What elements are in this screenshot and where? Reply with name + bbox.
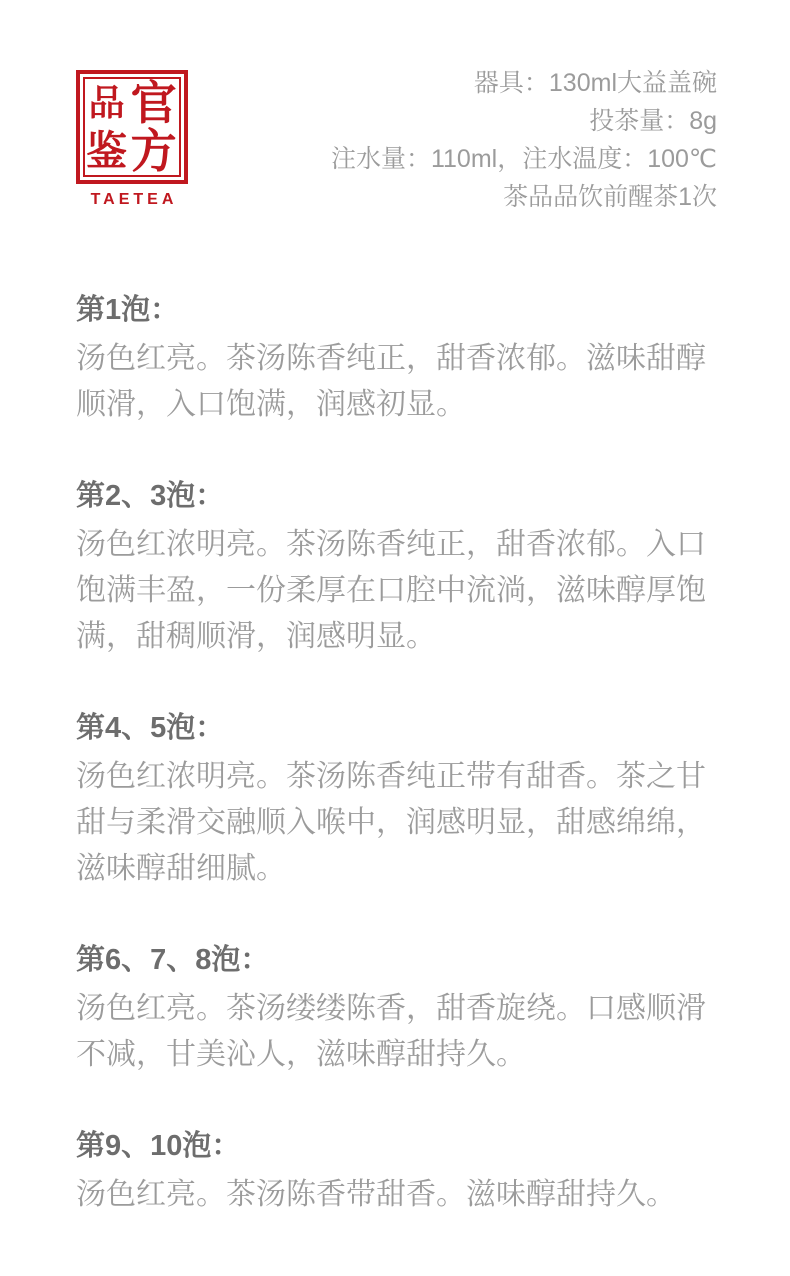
steep-description: 汤色红浓明亮。茶汤陈香纯正带有甜香。茶之甘甜与柔滑交融顺入喉中，润感明显，甜感绵…	[76, 754, 728, 892]
brew-info-water: 注水量：110ml，注水温度：100℃	[331, 140, 717, 178]
steep-description: 汤色红亮。茶汤陈香纯正，甜香浓郁。滋味甜醇顺滑，入口饱满，润感初显。	[76, 336, 728, 428]
steep-section-1: 第1泡： 汤色红亮。茶汤陈香纯正，甜香浓郁。滋味甜醇顺滑，入口饱满，润感初显。	[76, 292, 728, 428]
taetea-logo: 品 官 鉴 方 TAETEA	[76, 70, 188, 209]
steep-title: 第4、5泡：	[76, 710, 728, 746]
tea-tasting-report-page: 品 官 鉴 方 TAETEA 器具：130ml大益盖碗 投茶量：8g 注水量：1…	[0, 0, 790, 1276]
steep-notes: 第1泡： 汤色红亮。茶汤陈香纯正，甜香浓郁。滋味甜醇顺滑，入口饱满，润感初显。 …	[76, 292, 728, 1268]
brew-info-vessel: 器具：130ml大益盖碗	[331, 64, 717, 102]
steep-section-2-3: 第2、3泡： 汤色红浓明亮。茶汤陈香纯正，甜香浓郁。入口饱满丰盈，一份柔厚在口腔…	[76, 478, 728, 660]
seal-char-pin: 品	[89, 85, 125, 121]
steep-section-9-10: 第9、10泡： 汤色红亮。茶汤陈香带甜香。滋味醇甜持久。	[76, 1128, 728, 1218]
seal-char-guan: 官	[131, 80, 177, 126]
steep-description: 汤色红亮。茶汤缕缕陈香，甜香旋绕。口感顺滑不减，甘美沁人，滋味醇甜持久。	[76, 986, 728, 1078]
brew-info-awaken: 茶品品饮前醒茶1次	[331, 178, 717, 216]
steep-title: 第1泡：	[76, 292, 728, 328]
steep-title: 第2、3泡：	[76, 478, 728, 514]
steep-title: 第9、10泡：	[76, 1128, 728, 1164]
seal-inner-frame: 品 官 鉴 方	[83, 77, 181, 177]
seal-char-fang: 方	[131, 128, 177, 174]
brew-info: 器具：130ml大益盖碗 投茶量：8g 注水量：110ml，注水温度：100℃ …	[331, 64, 717, 216]
seal-char-jian: 鉴	[86, 131, 127, 172]
brand-name: TAETEA	[76, 191, 188, 209]
steep-section-4-5: 第4、5泡： 汤色红浓明亮。茶汤陈香纯正带有甜香。茶之甘甜与柔滑交融顺入喉中，润…	[76, 710, 728, 892]
steep-description: 汤色红浓明亮。茶汤陈香纯正，甜香浓郁。入口饱满丰盈，一份柔厚在口腔中流淌，滋味醇…	[76, 522, 728, 660]
brew-info-tea-amount: 投茶量：8g	[331, 102, 717, 140]
steep-section-6-7-8: 第6、7、8泡： 汤色红亮。茶汤缕缕陈香，甜香旋绕。口感顺滑不减，甘美沁人，滋味…	[76, 942, 728, 1078]
official-tasting-seal-icon: 品 官 鉴 方	[76, 70, 188, 184]
steep-title: 第6、7、8泡：	[76, 942, 728, 978]
steep-description: 汤色红亮。茶汤陈香带甜香。滋味醇甜持久。	[76, 1172, 728, 1218]
